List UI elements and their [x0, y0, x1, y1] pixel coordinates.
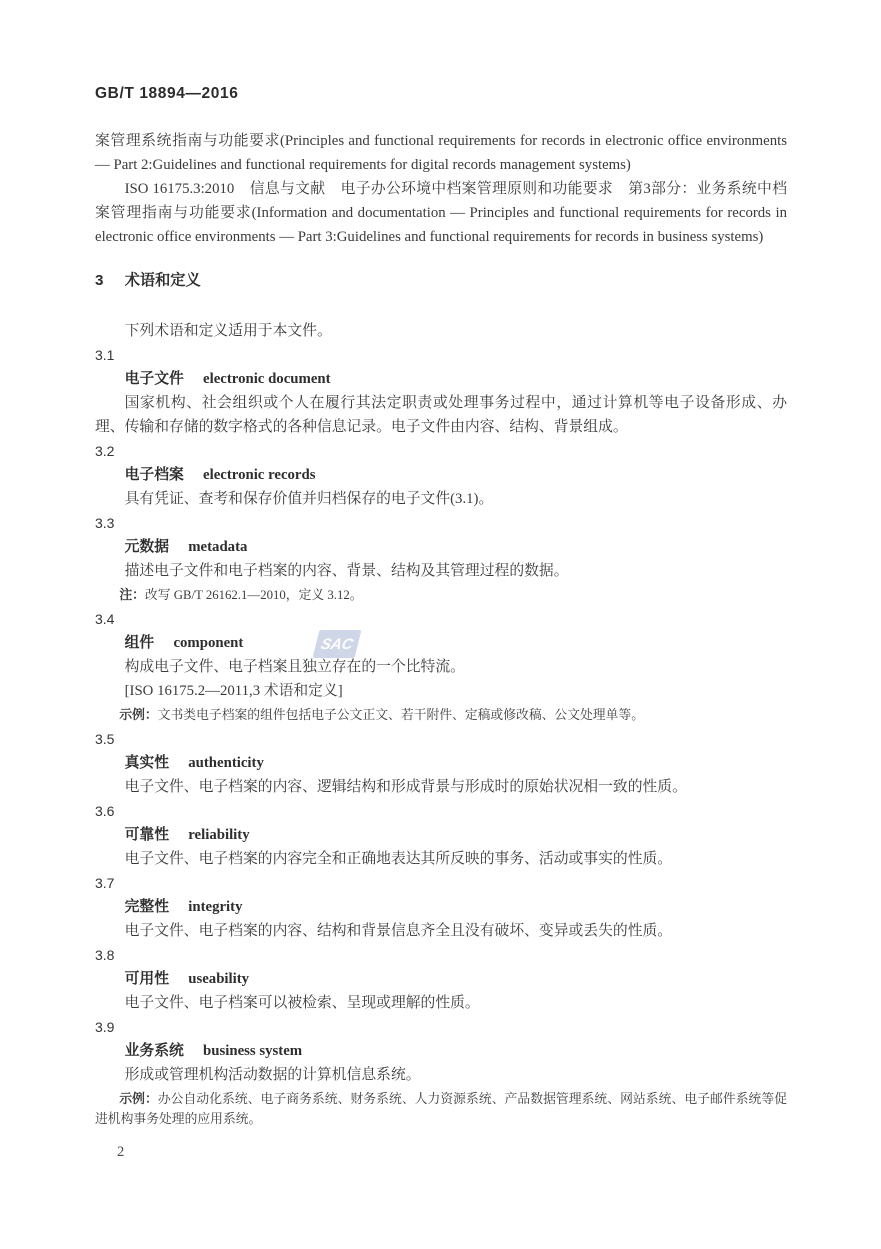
term-source-reference: [ISO 16175.2—2011,3 术语和定义]	[95, 679, 787, 703]
term-name-en: electronic records	[203, 467, 315, 483]
term-definition: 具有凭证、查考和保存价值并归档保存的电子文件(3.1)。	[95, 487, 787, 511]
term-name-zh: 电子档案	[125, 467, 184, 483]
term-number: 3.4	[95, 607, 787, 631]
term-definition: 构成电子文件、电子档案且独立存在的一个比特流。	[95, 655, 787, 679]
term-definition: 国家机构、社会组织或个人在履行其法定职责或处理事务过程中，通过计算机等电子设备形…	[95, 391, 787, 439]
term-name-en: integrity	[188, 899, 242, 915]
term-number: 3.3	[95, 511, 787, 535]
term-definition: 电子文件、电子档案的内容、逻辑结构和形成背景与形成时的原始状况相一致的性质。	[95, 775, 787, 799]
term-name-en: business system	[203, 1043, 302, 1059]
standard-code-header: GB/T 18894—2016	[95, 85, 787, 103]
note-label: 示例：	[119, 708, 157, 722]
section-title: 术语和定义	[125, 272, 201, 289]
term-number: 3.7	[95, 871, 787, 895]
term-name-zh: 完整性	[125, 899, 169, 915]
term-number: 3.8	[95, 943, 787, 967]
section-number: 3	[95, 272, 103, 289]
section-lead-sentence: 下列术语和定义适用于本文件。	[95, 319, 787, 343]
note-text: 改写 GB/T 26162.1—2010，定义 3.12。	[145, 588, 363, 602]
term-number: 3.2	[95, 439, 787, 463]
intro-paragraph-continuation: 案管理系统指南与功能要求(Principles and functional r…	[95, 129, 787, 177]
term-name-en: component	[173, 635, 243, 651]
term-name-en: authenticity	[188, 755, 264, 771]
term-number: 3.1	[95, 343, 787, 367]
intro-paragraph-iso-reference: ISO 16175.3:2010 信息与文献 电子办公环境中档案管理原则和功能要…	[95, 177, 787, 249]
term-name-en: metadata	[188, 539, 247, 555]
page-number: 2	[117, 1142, 124, 1162]
term-entry: 3.1 电子文件electronic document 国家机构、社会组织或个人…	[95, 343, 787, 439]
term-note: 注：改写 GB/T 26162.1—2010，定义 3.12。	[95, 585, 787, 605]
term-heading: 完整性integrity	[95, 895, 787, 919]
note-text: 文书类电子档案的组件包括电子公文正文、若干附件、定稿或修改稿、公文处理单等。	[158, 708, 644, 722]
term-note: 示例：文书类电子档案的组件包括电子公文正文、若干附件、定稿或修改稿、公文处理单等…	[95, 705, 787, 725]
term-name-zh: 可用性	[125, 971, 169, 987]
term-definition: 描述电子文件和电子档案的内容、背景、结构及其管理过程的数据。	[95, 559, 787, 583]
document-page: GB/T 18894—2016 案管理系统指南与功能要求(Principles …	[0, 0, 881, 1249]
term-heading: 真实性authenticity	[95, 751, 787, 775]
term-entry: 3.8 可用性useability 电子文件、电子档案可以被检索、呈现或理解的性…	[95, 943, 787, 1015]
term-name-en: useability	[188, 971, 249, 987]
note-text: 办公自动化系统、电子商务系统、财务系统、人力资源系统、产品数据管理系统、网站系统…	[95, 1092, 787, 1126]
term-name-en: reliability	[188, 827, 249, 843]
term-entry: 3.4 组件component 构成电子文件、电子档案且独立存在的一个比特流。 …	[95, 607, 787, 725]
note-label: 示例：	[119, 1092, 158, 1106]
terms-list: 3.1 电子文件electronic document 国家机构、社会组织或个人…	[95, 343, 787, 1129]
term-heading: 电子文件electronic document	[95, 367, 787, 391]
term-entry: 3.5 真实性authenticity 电子文件、电子档案的内容、逻辑结构和形成…	[95, 727, 787, 799]
term-number: 3.5	[95, 727, 787, 751]
term-heading: 可靠性reliability	[95, 823, 787, 847]
term-heading: 元数据metadata	[95, 535, 787, 559]
term-number: 3.6	[95, 799, 787, 823]
term-name-zh: 组件	[125, 635, 155, 651]
term-definition: 电子文件、电子档案的内容、结构和背景信息齐全且没有破坏、变异或丢失的性质。	[95, 919, 787, 943]
term-entry: 3.2 电子档案electronic records 具有凭证、查考和保存价值并…	[95, 439, 787, 511]
term-definition: 形成或管理机构活动数据的计算机信息系统。	[95, 1063, 787, 1087]
term-name-zh: 真实性	[125, 755, 169, 771]
term-number: 3.9	[95, 1015, 787, 1039]
term-name-en: electronic document	[203, 371, 331, 387]
term-entry: 3.3 元数据metadata 描述电子文件和电子档案的内容、背景、结构及其管理…	[95, 511, 787, 605]
section-heading: 3术语和定义	[95, 269, 787, 293]
term-name-zh: 业务系统	[125, 1043, 184, 1059]
term-entry: 3.6 可靠性reliability 电子文件、电子档案的内容完全和正确地表达其…	[95, 799, 787, 871]
term-name-zh: 电子文件	[125, 371, 184, 387]
term-entry: 3.9 业务系统business system 形成或管理机构活动数据的计算机信…	[95, 1015, 787, 1129]
term-definition: 电子文件、电子档案的内容完全和正确地表达其所反映的事务、活动或事实的性质。	[95, 847, 787, 871]
term-heading: 可用性useability	[95, 967, 787, 991]
term-heading: 组件component	[95, 631, 787, 655]
term-entry: 3.7 完整性integrity 电子文件、电子档案的内容、结构和背景信息齐全且…	[95, 871, 787, 943]
term-name-zh: 可靠性	[125, 827, 169, 843]
term-definition: 电子文件、电子档案可以被检索、呈现或理解的性质。	[95, 991, 787, 1015]
term-name-zh: 元数据	[125, 539, 169, 555]
term-heading: 业务系统business system	[95, 1039, 787, 1063]
term-heading: 电子档案electronic records	[95, 463, 787, 487]
note-label: 注：	[119, 588, 145, 602]
term-note: 示例：办公自动化系统、电子商务系统、财务系统、人力资源系统、产品数据管理系统、网…	[95, 1089, 787, 1129]
